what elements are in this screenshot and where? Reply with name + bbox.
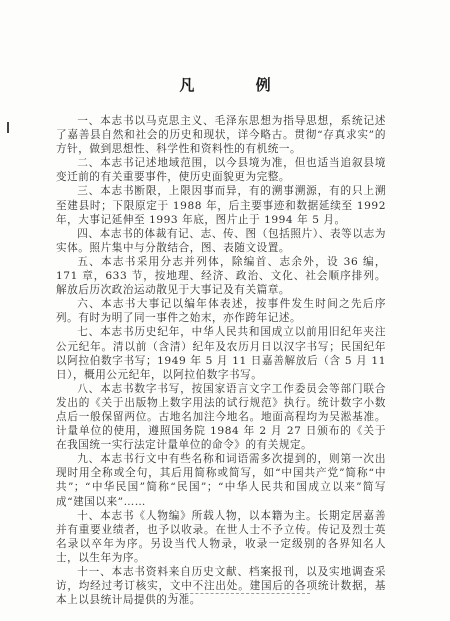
paragraph-3: 三、本志书断限，上限因事而异，有的溯事溯源，有的只上溯至建县时；下限原定于 19… [56, 184, 386, 226]
document-body: 一、本志书以马克思主义、毛泽东思想为指导思想，系统记述了嘉善县自然和社会的历史和… [56, 114, 386, 607]
paragraph-9: 九、本志书行文中有些名称和词语需多次提到的，则第一次出现时用全称或全句，其后用简… [56, 452, 386, 508]
paragraph-1: 一、本志书以马克思主义、毛泽东思想为指导思想，系统记述了嘉善县自然和社会的历史和… [56, 114, 386, 156]
margin-mark [7, 122, 9, 133]
footer-divider [170, 593, 310, 594]
paragraph-8: 八、本志书数字书写，按国家语言文字工作委员会等部门联合发出的《关于出版物上数字用… [56, 382, 386, 452]
paragraph-2: 二、本志书记述地域范围，以今县境为准，但也适当追叙县境变迁前的有关重要事件，使历… [56, 156, 386, 184]
paragraph-4: 四、本志书的体裁有记、志、传、图（包括照片）、表等以志为实体。照片集中与分散结合… [56, 227, 386, 255]
paragraph-11: 十一、本志书资料来自历史文献、档案报刊，以及实地调查采访，均经过考订核实，文中不… [56, 565, 386, 607]
page-title: 凡 例 [0, 74, 450, 95]
paragraph-10: 十、本志书《人物编》所载人物，以本籍为主。长期定居嘉善并有重要业绩者，也予以收录… [56, 509, 386, 565]
paragraph-7: 七、本志书历史纪年，中华人民共和国成立以前用旧纪年夹注公元纪年。清以前（含清）纪… [56, 325, 386, 381]
paragraph-5: 五、本志书采用分志并列体，除编首、志余外，设 36 编，171 章，633 节，… [56, 255, 386, 297]
paragraph-6: 六、本志书大事记以编年体表述，按事件发生时间之先后序列。有时为明了同一事件之始末… [56, 297, 386, 325]
